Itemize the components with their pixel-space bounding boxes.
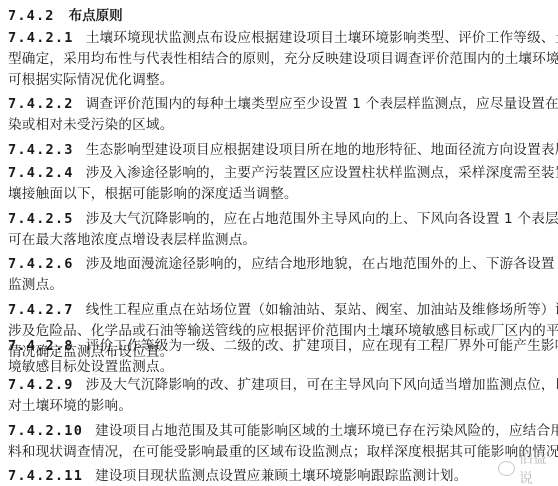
clause-number: 7.4.2.8 — [8, 338, 74, 354]
clause-line: 型确定，采用均布性与代表性相结合的原则，充分反映建设项目调查评价范围内的土壤环境… — [8, 50, 558, 68]
clause-text: 土壤环境现状监测点布设应根据建设项目土壤环境影响类型、评价工作等级、土地利用类 — [86, 30, 558, 46]
clause-7-4-2-6: 7.4.2.6涉及地面漫流途径影响的，应结合地形地貌，在占地范围外的上、下游各设… — [8, 255, 558, 273]
section-title: 布点原则 — [69, 8, 123, 24]
clause-line: 可在最大落地浓度点增设表层样监测点。 — [8, 231, 256, 249]
clause-line: 对土壤环境的影响。 — [8, 397, 132, 415]
clause-7-4-2-1: 7.4.2.1土壤环境现状监测点布设应根据建设项目土壤环境影响类型、评价工作等级… — [8, 29, 558, 47]
clause-line: 壤接触面以下，根据可能影响的深度适当调整。 — [8, 185, 298, 203]
clause-7-4-2-9: 7.4.2.9涉及大气沉降影响的改、扩建项目，可在主导风向下风向适当增加监测点位… — [8, 376, 558, 394]
clause-7-4-2-3: 7.4.2.3生态影响型建设项目应根据建设项目所在地的地形特征、地面径流方向设置… — [8, 141, 558, 159]
clause-number: 7.4.2.5 — [8, 211, 74, 227]
clause-line: 料和现状调查情况，在可能受影响最重的区域布设监测点；取样深度根据其可能影响的情况… — [8, 443, 558, 461]
clause-text: 涉及地面漫流途径影响的，应结合地形地貌，在占地范围外的上、下游各设置 1 个表层… — [86, 256, 558, 272]
watermark: 伯益说 — [498, 448, 558, 486]
clause-number: 7.4.2.4 — [8, 165, 74, 181]
clause-7-4-2-2: 7.4.2.2调查评价范围内的每种土壤类型应至少设置 1 个表层样监测点，应尽量… — [8, 95, 558, 113]
clause-number: 7.4.2.2 — [8, 96, 74, 112]
clause-text: 涉及大气沉降影响的改、扩建项目，可在主导风向下风向适当增加监测点位，以反映降尘 — [86, 377, 558, 393]
section-heading: 7.4.2布点原则 — [8, 4, 123, 24]
clause-text: 涉及大气沉降影响的，应在占地范围外主导风向的上、下风向各设置 1 个表层样监测点… — [86, 211, 558, 227]
wechat-icon — [498, 461, 515, 476]
clause-7-4-2-4: 7.4.2.4涉及入渗途径影响的，主要产污装置区应设置柱状样监测点，采样深度需至… — [8, 164, 558, 182]
clause-7-4-2-11: 7.4.2.11建设项目现状监测点设置应兼顾土壤环境影响跟踪监测计划。 — [8, 467, 468, 485]
clause-7-4-2-8: 7.4.2.8评价工作等级为一级、二级的改、扩建项目，应在现有工程厂界外可能产生… — [8, 337, 558, 355]
clause-text: 线性工程应重点在站场位置（如输油站、泵站、阀室、加油站及维修场所等）设置监测点， — [86, 302, 558, 318]
clause-text: 建设项目现状监测点设置应兼顾土壤环境影响跟踪监测计划。 — [95, 468, 467, 484]
clause-text: 生态影响型建设项目应根据建设项目所在地的地形特征、地面径流方向设置表层样监测点。 — [86, 142, 558, 158]
clause-number: 7.4.2.7 — [8, 302, 74, 318]
clause-number: 7.4.2.10 — [8, 423, 83, 439]
clause-7-4-2-7: 7.4.2.7线性工程应重点在站场位置（如输油站、泵站、阀室、加油站及维修场所等… — [8, 301, 558, 319]
clause-line: 可根据实际情况优化调整。 — [8, 71, 174, 89]
clause-7-4-2-5: 7.4.2.5涉及大气沉降影响的，应在占地范围外主导风向的上、下风向各设置 1 … — [8, 210, 558, 228]
clause-7-4-2-10: 7.4.2.10建设项目占地范围及其可能影响区域的土壤环境已存在污染风险的，应结… — [8, 422, 558, 440]
clause-number: 7.4.2.6 — [8, 256, 74, 272]
clause-line: 境敏感目标处设置监测点。 — [8, 358, 174, 376]
clause-line: 监测点。 — [8, 276, 63, 294]
clause-number: 7.4.2.3 — [8, 142, 74, 158]
clause-number: 7.4.2.9 — [8, 377, 74, 393]
clause-text: 建设项目占地范围及其可能影响区域的土壤环境已存在污染风险的，应结合用地历史资 — [95, 423, 558, 439]
clause-number: 7.4.2.11 — [8, 468, 83, 484]
clause-text: 涉及入渗途径影响的，主要产污装置区应设置柱状样监测点，采样深度需至装置底部与土 — [86, 165, 558, 181]
section-number: 7.4.2 — [8, 8, 55, 24]
clause-text: 调查评价范围内的每种土壤类型应至少设置 1 个表层样监测点，应尽量设置在未受人为… — [86, 96, 558, 112]
clause-text: 评价工作等级为一级、二级的改、扩建项目，应在现有工程厂界外可能产生影响的土壤环 — [86, 338, 558, 354]
clause-number: 7.4.2.1 — [8, 30, 74, 46]
watermark-text: 伯益说 — [519, 448, 558, 486]
clause-line: 染或相对未受污染的区域。 — [8, 116, 174, 134]
